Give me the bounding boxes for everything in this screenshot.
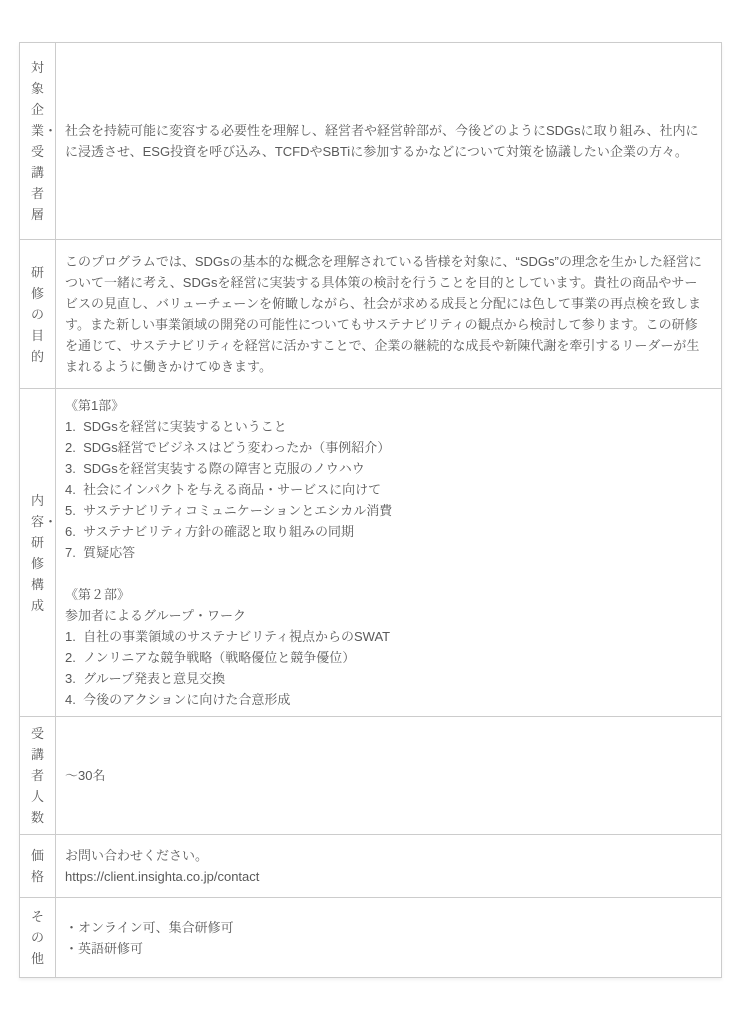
row-training-purpose: 研修の目的 このプログラムでは、SDGsの基本的な概念を理解されている皆様を対象…: [20, 240, 722, 389]
row-other: その他 ・オンライン可、集合研修可 ・英語研修可: [20, 898, 722, 978]
part1-list-item: 3. SDGsを経営実装する際の障害と克服のノウハウ: [65, 458, 713, 479]
part1-list-item: 7. 質疑応答: [65, 542, 713, 563]
row-content-structure: 内容・研修構成 《第1部》 1. SDGsを経営に実装するということ 2. SD…: [20, 389, 722, 717]
part1-list-item: 5. サステナビリティコミュニケーションとエシカル消費: [65, 500, 713, 521]
contact-url: https://client.insighta.co.jp/contact: [65, 866, 713, 887]
row-price: 価格 お問い合わせください。 https://client.insighta.c…: [20, 835, 722, 898]
paragraph-line: ついて一緒に考え、SDGsを経営に実装する具体策の検討を行うことを目的としていま…: [65, 272, 713, 293]
attendee-count-cell: ～30名: [56, 717, 722, 835]
row-header-label: その他: [31, 906, 44, 969]
paragraph-line: 社会を持続可能に変容する必要性を理解し、経営者や経営幹部が、今後どのようにSDG…: [65, 120, 713, 141]
row-header-target-audience: 対象企業・受講者層: [20, 43, 56, 240]
row-header-label: 価格: [31, 845, 44, 887]
row-target-audience: 対象企業・受講者層 社会を持続可能に変容する必要性を理解し、経営者や経営幹部が、…: [20, 43, 722, 240]
row-header-label: 受講者人数: [31, 723, 44, 828]
training-purpose-cell: このプログラムでは、SDGsの基本的な概念を理解されている皆様を対象に、“SDG…: [56, 240, 722, 389]
part1-title: 《第1部》: [65, 395, 713, 416]
row-header-training-purpose: 研修の目的: [20, 240, 56, 389]
paragraph-line: を通じて、サステナビリティを経営に活かすことで、企業の継続的な成長や新陳代謝を牽…: [65, 335, 713, 356]
row-header-label: 研修の目的: [31, 262, 44, 367]
training-program-table: 対象企業・受講者層 社会を持続可能に変容する必要性を理解し、経営者や経営幹部が、…: [19, 42, 722, 978]
paragraph-line: ビスの見直し、バリューチェーンを俯瞰しながら、社会が求める成長と分配には色して事…: [65, 293, 713, 314]
row-header-label: 対象企業・受講者層: [31, 57, 44, 225]
part2-list-item: 3. グループ発表と意見交換: [65, 668, 713, 689]
target-audience-cell: 社会を持続可能に変容する必要性を理解し、経営者や経営幹部が、今後どのようにSDG…: [56, 43, 722, 240]
row-header-content-structure: 内容・研修構成: [20, 389, 56, 717]
other-bullet: ・オンライン可、集合研修可: [65, 917, 713, 938]
price-note: お問い合わせください。: [65, 845, 713, 866]
row-header-other: その他: [20, 898, 56, 978]
attendee-count-value: ～30名: [65, 765, 713, 786]
part2-title: 《第２部》: [65, 584, 713, 605]
price-cell: お問い合わせください。 https://client.insighta.co.j…: [56, 835, 722, 898]
part1-list-item: 6. サステナビリティ方針の確認と取り組みの同期: [65, 521, 713, 542]
paragraph-line: す。また新しい事業領域の開発の可能性についてもサステナビリティの観点から検討して…: [65, 314, 713, 335]
paragraph-line: このプログラムでは、SDGsの基本的な概念を理解されている皆様を対象に、“SDG…: [65, 251, 713, 272]
part2-list-item: 4. 今後のアクションに向けた合意形成: [65, 689, 713, 710]
part1-list-item: 1. SDGsを経営に実装するということ: [65, 416, 713, 437]
row-header-label: 内容・研修構成: [31, 490, 44, 616]
part1-list-item: 2. SDGs経営でビジネスはどう変わったか（事例紹介）: [65, 437, 713, 458]
other-cell: ・オンライン可、集合研修可 ・英語研修可: [56, 898, 722, 978]
part2-list-item: 1. 自社の事業領域のサステナビリティ視点からのSWAT: [65, 626, 713, 647]
part2-lead: 参加者によるグループ・ワーク: [65, 605, 713, 626]
blank-line-spacer: [65, 563, 713, 584]
row-header-price: 価格: [20, 835, 56, 898]
row-attendee-count: 受講者人数 ～30名: [20, 717, 722, 835]
row-header-attendee-count: 受講者人数: [20, 717, 56, 835]
paragraph-line: まれるように働きかけてゆきます。: [65, 356, 713, 377]
paragraph-line: に浸透させ、ESG投資を呼び込み、TCFDやSBTiに参加するかなどについて対策…: [65, 141, 713, 162]
content-structure-cell: 《第1部》 1. SDGsを経営に実装するということ 2. SDGs経営でビジネ…: [56, 389, 722, 717]
other-bullet: ・英語研修可: [65, 938, 713, 959]
part1-list-item: 4. 社会にインパクトを与える商品・サービスに向けて: [65, 479, 713, 500]
part2-list-item: 2. ノンリニアな競争戦略（戦略優位と競争優位）: [65, 647, 713, 668]
